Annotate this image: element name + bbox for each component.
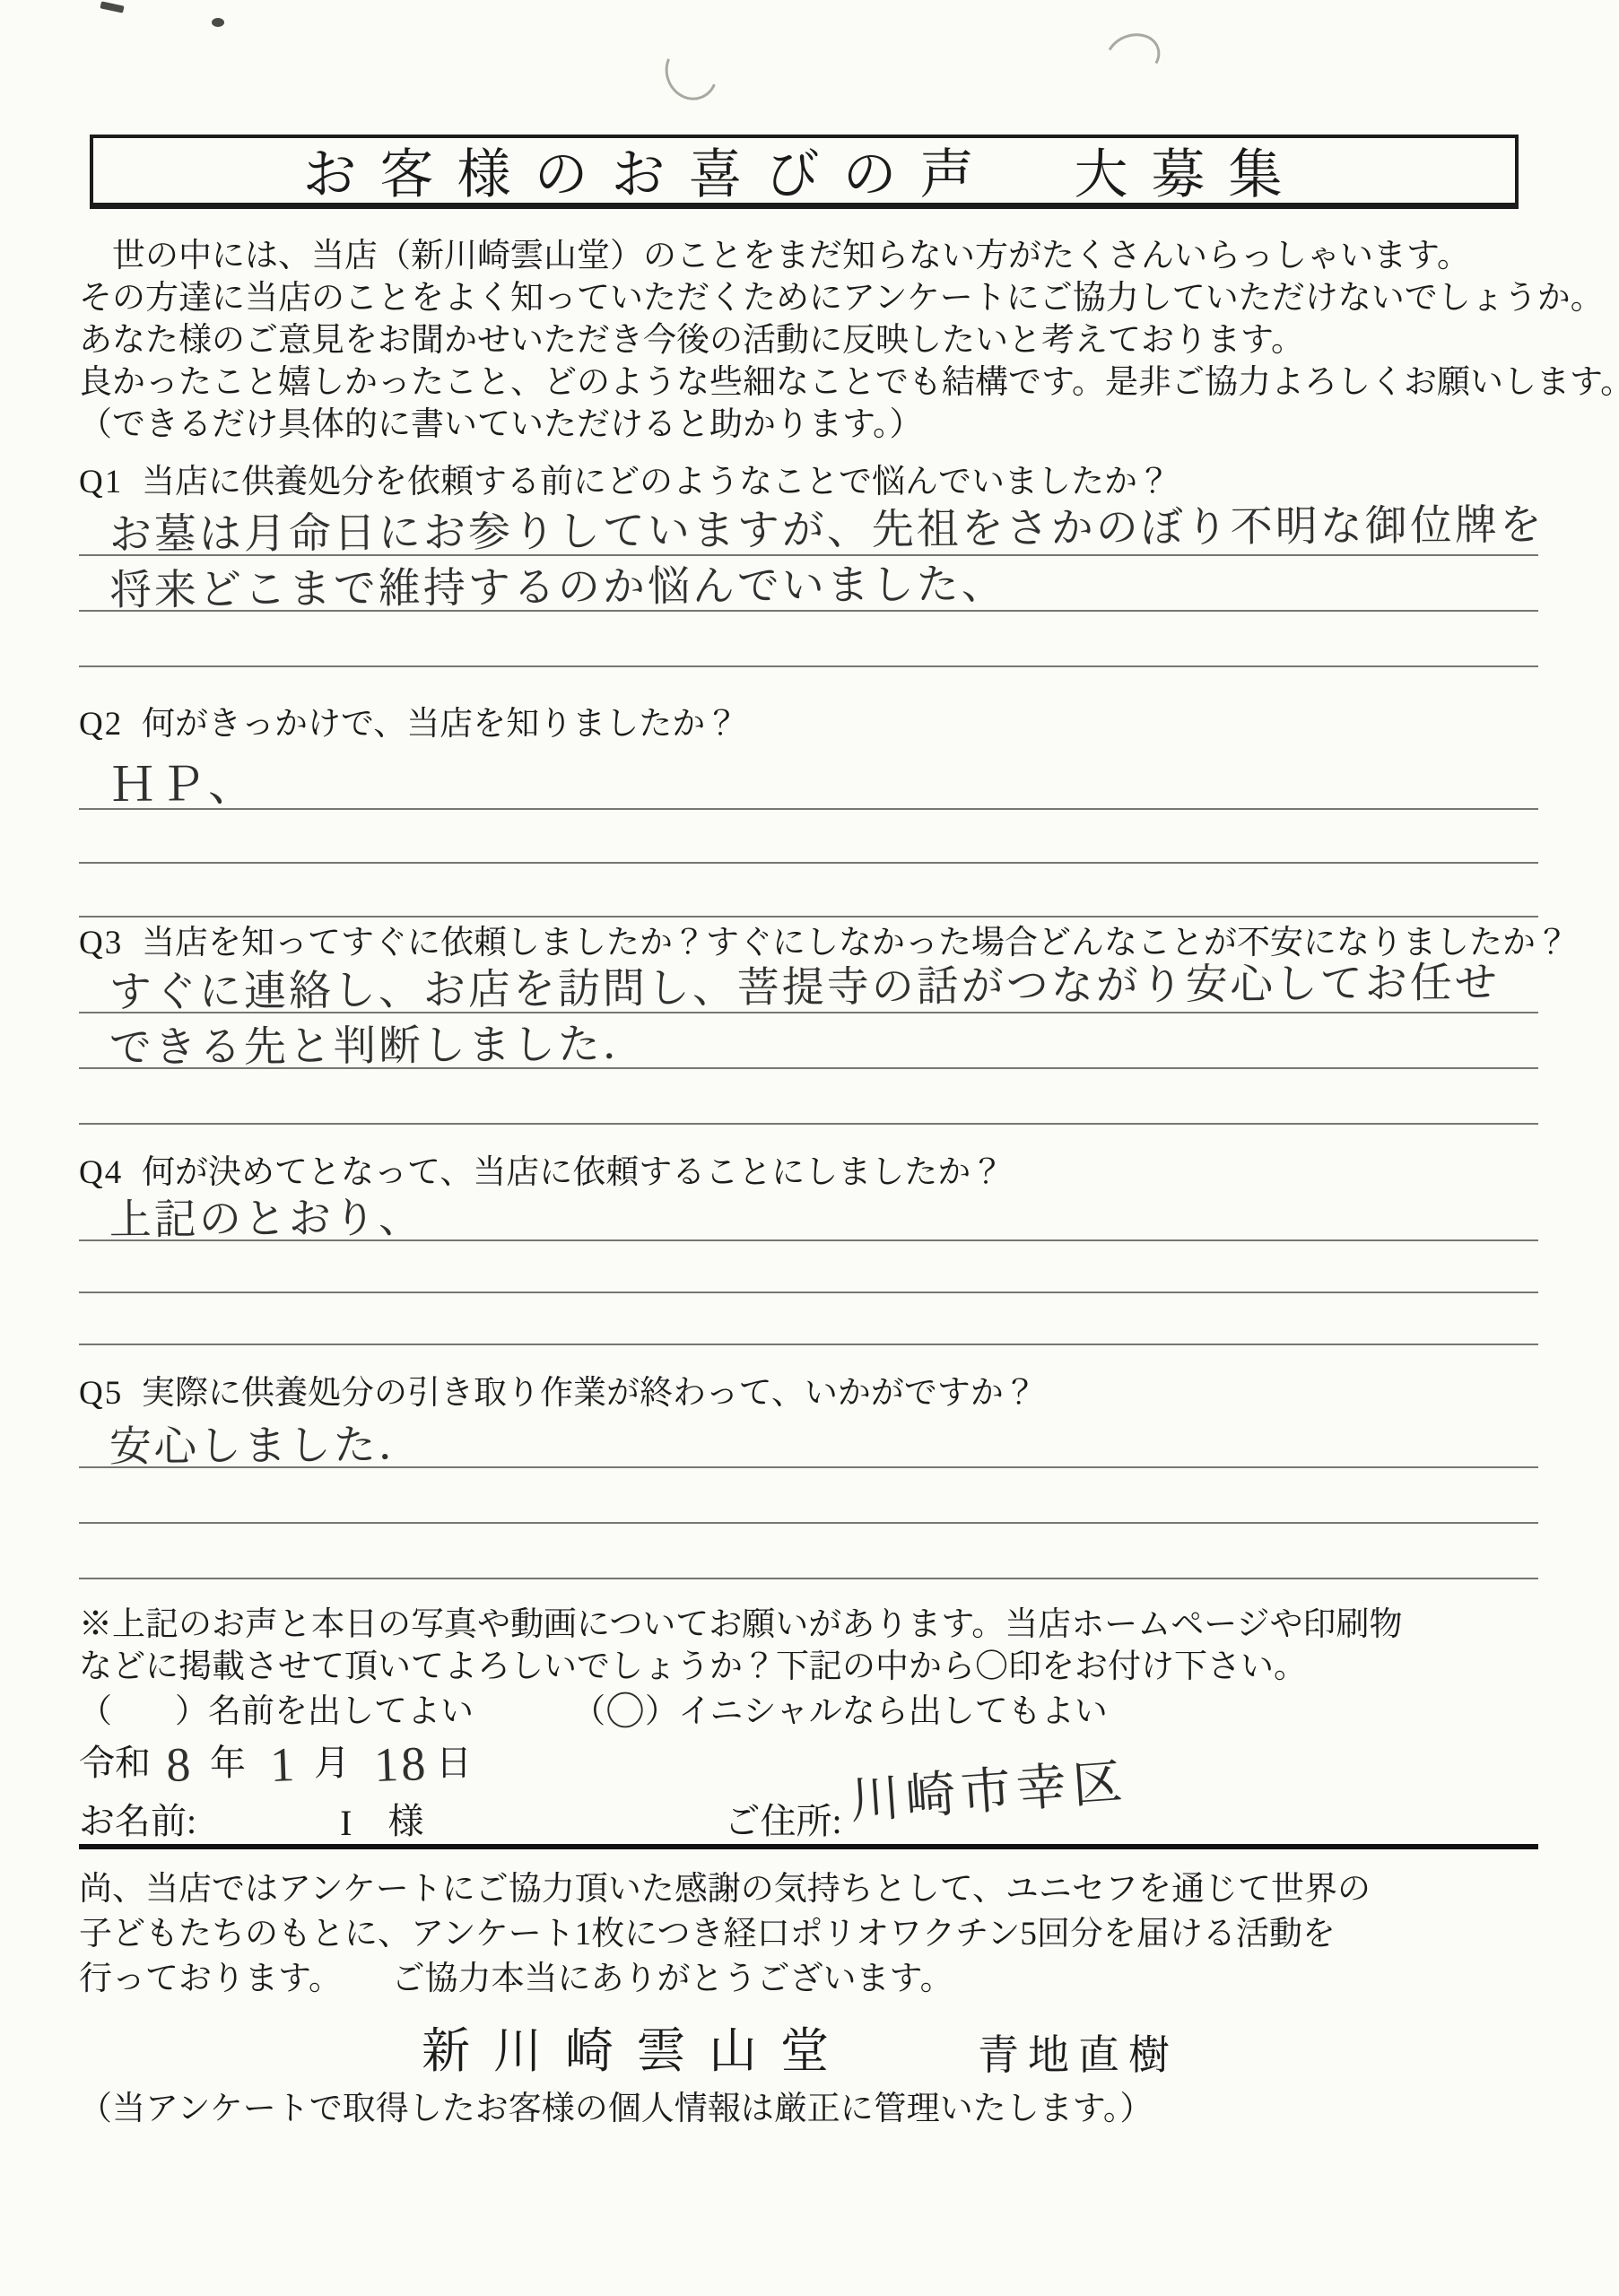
thanks-paragraph: 尚、当店ではアンケートにご協力頂いた感謝の気持ちとして、ユニセフを通じて世界の … [79,1867,1538,2002]
question-label: Q2 [79,705,142,744]
thanks-line: 行っております。 ご協力本当にありがとうございます。 [79,1957,1538,2002]
day-unit: 日 [436,1735,472,1786]
month-value: 1 [269,1739,298,1791]
privacy-note: （当アンケートで取得したお客様の個人情報は厳正に管理いたします。） [79,2081,1538,2129]
scan-speck [100,1,124,13]
answer-line [79,1524,1538,1579]
question-text: Q1当店に供養処分を依頼する前にどのようなことで悩んでいましたか？ [79,463,1538,502]
day-value: 18 [373,1738,429,1791]
thanks-line: 尚、当店ではアンケートにご協力頂いた感謝の気持ちとして、ユニセフを通じて世界の [79,1867,1538,1912]
scan-speck [212,18,224,27]
question-block-q1: Q1当店に供養処分を依頼する前にどのようなことで悩んでいましたか？ お墓は月命日… [79,463,1538,667]
scanned-survey-page: お客様のお喜びの声 大募集 世の中には、当店（新川崎雲山堂）のことをまだ知らない… [0,0,1619,2296]
intro-paragraph: 世の中には、当店（新川崎雲山堂）のことをまだ知らない方がたくさんいらっしゃいます… [79,235,1538,446]
question-text: Q4何が決めてとなって、当店に依頼することにしましたか？ [79,1153,1538,1193]
year-value: 8 [165,1739,194,1791]
thanks-line: 子どもたちのもとに、アンケート1枚につき経口ポリオワクチン5回分を届ける活動を [79,1912,1538,1957]
permission-line: などに掲載させて頂いてよろしいでしょうか？下記の中から〇印をお付け下さい。 [79,1646,1538,1688]
scan-smudge [657,36,726,108]
question-block-q2: Q2何がきっかけで、当店を知りましたか？ ＨＰ、 [79,705,1538,918]
question-label: Q1 [79,463,142,502]
intro-line: 世の中には、当店（新川崎雲山堂）のことをまだ知らない方がたくさんいらっしゃいます… [79,235,1538,277]
answer-line: 安心しました． [79,1413,1538,1468]
scan-smudge [1099,26,1166,87]
question-text: Q5実際に供養処分の引き取り作業が終わって、いかがですか？ [79,1374,1538,1413]
answer-line: 将来どこまで維持するのか悩んでいました、 [79,556,1538,612]
answer-line [79,1468,1538,1524]
question-block-q4: Q4何が決めてとなって、当店に依頼することにしましたか？ 上記のとおり、 [79,1153,1538,1345]
intro-line: 良かったこと嬉しかったこと、どのような些細なことでも結構です。是非ご協力よろしく… [79,361,1538,404]
answer-line [79,864,1538,918]
title-box: お客様のお喜びの声 大募集 [90,135,1519,209]
representative-name: 青地直樹 [978,2022,1179,2082]
identity-row: お名前: I 様 ご住所: 川崎市幸区 [79,1792,1538,1849]
answer-line: できる先と判断しました． [79,1013,1538,1069]
year-unit: 年 [210,1735,246,1786]
month-unit: 月 [314,1735,350,1786]
shop-name: 新川崎雲山堂 [422,2013,852,2082]
answer-line [79,1241,1538,1293]
initial-ok-mark: 〇 [605,1691,645,1733]
question-text: Q2何がきっかけで、当店を知りましたか？ [79,705,1538,744]
name-value: I [340,1802,352,1844]
page-title: お客様のお喜びの声 大募集 [303,132,1306,209]
answer-line [79,612,1538,667]
question-block-q3: Q3当店を知ってすぐに依頼しましたか？すぐにしなかった場合どんなことが不安になり… [79,924,1538,1125]
signature-row: 新川崎雲山堂 青地直樹 [79,2013,1538,2082]
answer-line [79,810,1538,864]
answer-line: お墓は月命日にお参りしていますが、先祖をさかのぼり不明な御位牌を [79,502,1538,556]
question-text: Q3当店を知ってすぐに依頼しましたか？すぐにしなかった場合どんなことが不安になり… [79,924,1538,963]
name-label: お名前: [79,1793,196,1844]
answer-line: すぐに連絡し、お店を訪問し、菩提寺の話がつながり安心してお任せ [79,958,1538,1013]
era-label: 令和 [79,1735,151,1786]
question-label: Q5 [79,1374,142,1413]
answer-line [79,1069,1538,1125]
intro-line: （できるだけ具体的に書いていただけると助かります。） [79,404,1538,446]
permission-line: ※上記のお声と本日の写真や動画についてお願いがあります。当店ホームページや印刷物 [79,1604,1538,1646]
publication-permission: ※上記のお声と本日の写真や動画についてお願いがあります。当店ホームページや印刷物… [79,1604,1538,1733]
name-honorific: 様 [387,1793,423,1844]
address-label: ご住所: [724,1793,841,1844]
answer-line: 上記のとおり、 [79,1189,1538,1241]
answer-line [79,1293,1538,1345]
intro-line: その方達に当店のことをよく知っていただくためにアンケートにご協力していただけない… [79,277,1538,319]
question-block-q5: Q5実際に供養処分の引き取り作業が終わって、いかがですか？ 安心しました． [79,1374,1538,1579]
intro-line: あなた様のご意見をお聞かせいただき今後の活動に反映したいと考えております。 [79,319,1538,361]
answer-line: ＨＰ、 [79,756,1538,810]
date-row: 令和 8 年 1 月 18 日 [79,1735,1538,1786]
permission-options: （）名前を出してよい（〇）イニシャルなら出してもよい [79,1688,1538,1733]
question-label: Q4 [79,1153,142,1193]
question-label: Q3 [79,924,142,963]
